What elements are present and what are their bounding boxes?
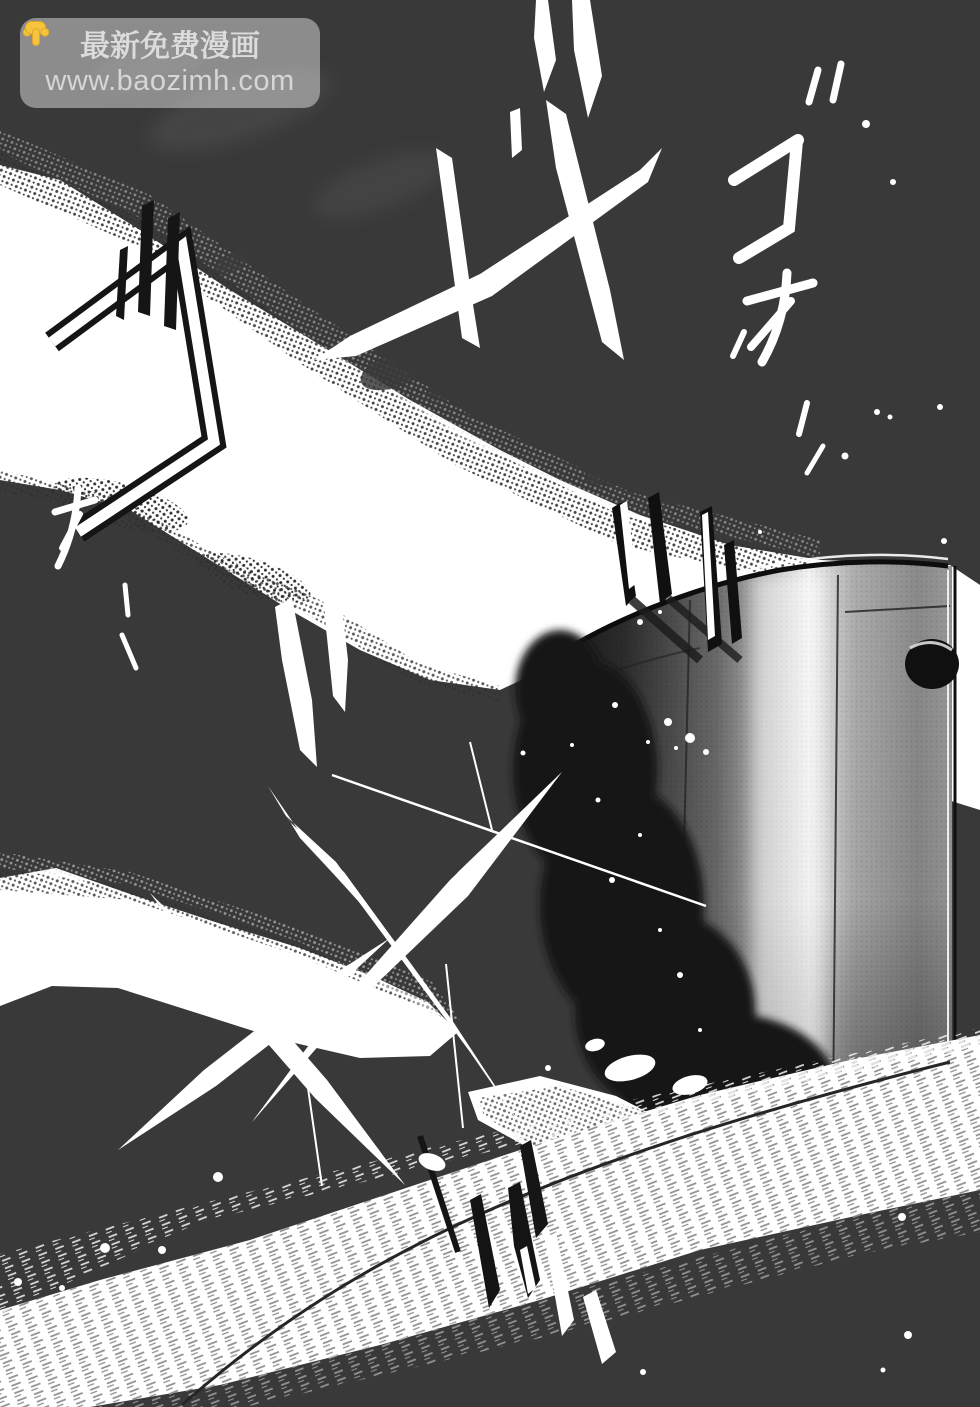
- watermark-badge[interactable]: 最新免费漫画 www.baozimh.com: [20, 18, 320, 108]
- watermark-text: 最新免费漫画: [80, 32, 260, 62]
- dome-fitting: [905, 639, 959, 689]
- watermark-url: www.baozimh.com: [45, 67, 294, 96]
- watermark-title-row: 最新免费漫画: [43, 31, 297, 63]
- manga-artwork: [0, 0, 980, 1407]
- manga-page[interactable]: 最新免费漫画 www.baozimh.com: [0, 0, 980, 1407]
- pointing-down-icon: [265, 31, 297, 63]
